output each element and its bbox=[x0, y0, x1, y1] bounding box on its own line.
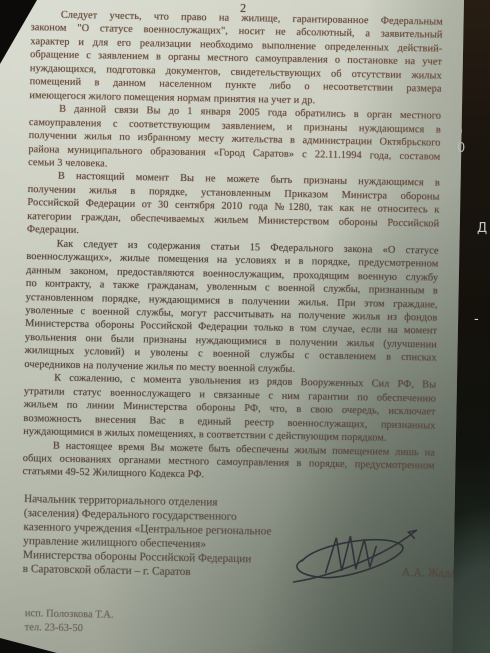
body-paragraphs: Следует учесть, что право на жилище, гар… bbox=[22, 8, 443, 486]
signature-block: Начальник территориального отделения(зас… bbox=[23, 493, 324, 582]
background-mark: ) bbox=[458, 124, 463, 139]
body-paragraph: В настоящий момент Вы не можете быть при… bbox=[27, 169, 440, 244]
body-paragraph: К сожалению, с момента увольнения из ряд… bbox=[23, 371, 436, 446]
photo-of-document: 2 Следует учесть, что право на жилище, г… bbox=[0, 0, 490, 653]
text-line: исп. Полозкова Т.А. bbox=[25, 607, 114, 622]
footer-executor: исп. Полозкова Т.А.тел. 23-63-50 bbox=[25, 607, 114, 636]
text-line: тел. 23-63-50 bbox=[25, 621, 114, 636]
signature-scribble-icon bbox=[287, 515, 438, 596]
signatory-name: А.А. Жадан bbox=[402, 565, 462, 581]
body-paragraph: Следует учесть, что право на жилище, гар… bbox=[29, 8, 443, 110]
background-mark: Д bbox=[477, 221, 487, 236]
body-paragraph: В данной связи Вы до 1 января 2005 года … bbox=[28, 102, 441, 177]
page-content: 2 Следует учесть, что право на жилище, г… bbox=[0, 0, 490, 653]
document-page: 2 Следует учесть, что право на жилище, г… bbox=[0, 0, 490, 653]
body-paragraph: В настоящее время Вы можете быть обеспеч… bbox=[22, 439, 435, 487]
background-mark: - bbox=[474, 312, 479, 327]
body-paragraph: Как следует из содержания статьи 15 Феде… bbox=[24, 237, 438, 379]
background-mark: 0 bbox=[457, 141, 465, 156]
